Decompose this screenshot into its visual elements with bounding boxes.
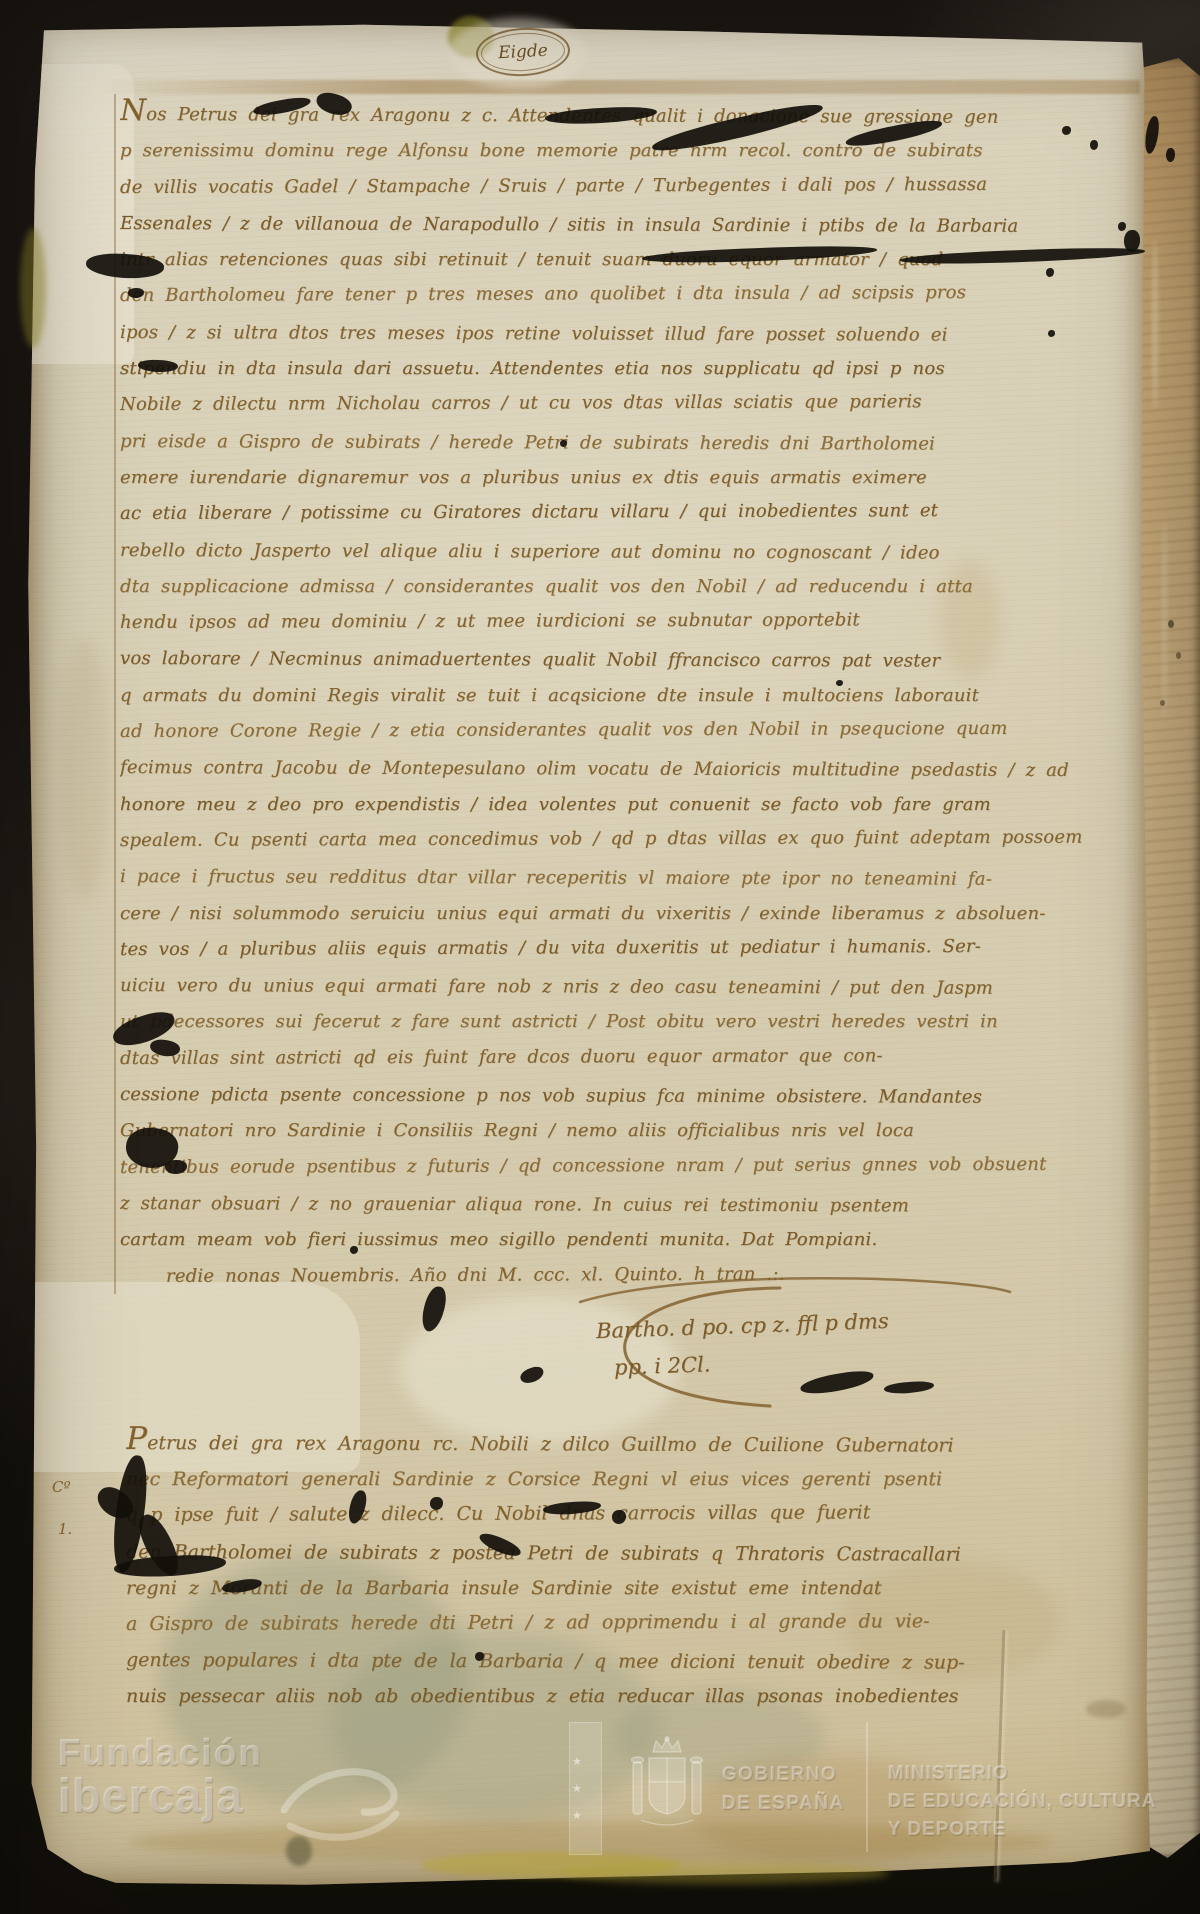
letter-1-text: Nos Petrus dei gra rex Aragonu z c. Atte… — [120, 96, 1138, 1295]
manuscript-line: spealem. Cu psenti carta mea concedimus … — [120, 819, 1138, 859]
manuscript-line: regni z Moranti de la Barbaria insule Sa… — [126, 1570, 1140, 1606]
stain — [1152, 240, 1158, 410]
stain — [1150, 1000, 1156, 1220]
letter-2-text: Petrus dei gra rex Aragonu rc. Nobili z … — [126, 1424, 1140, 1715]
manuscript-line: pri eisde a Gispro de subirats / herede … — [120, 424, 1138, 463]
manuscript-line: cessione pdicta psente concessione p nos… — [120, 1077, 1138, 1116]
manuscript-line: a Gispro de subirats herede dti Petri / … — [126, 1602, 1140, 1642]
manuscript-line: nec Reformatori generali Sardinie z Cors… — [126, 1461, 1140, 1497]
folio-stamp-text: Eigde — [498, 41, 549, 64]
manuscript-line: vos laborare / Necminus animaduertentes … — [120, 641, 1138, 680]
manuscript-line: ipos / z si ultra dtos tres meses ipos r… — [120, 315, 1138, 354]
manuscript-line: hendu ipsos ad meu dominiu / z ut mee iu… — [120, 602, 1138, 642]
manuscript-line: emere iurendarie dignaremur vos a plurib… — [120, 460, 1138, 496]
manuscript-line: Nobile z dilectu nrm Nicholau carros / u… — [120, 384, 1138, 424]
manuscript-line: den Bartholomeu fare tener p tres meses … — [120, 275, 1138, 315]
royal-signature-line-2: pp. i 2Cl. — [614, 1352, 711, 1379]
manuscript-line: ut pdecessores sui fecerut z fare sunt a… — [120, 1004, 1138, 1040]
manuscript-line: dta supplicacione admissa / considerante… — [120, 569, 1138, 605]
manuscript-line: nuis pessecar aliis nob ab obedientibus … — [126, 1678, 1140, 1714]
manuscript-line: cere / nisi solummodo seruiciu unius equ… — [120, 896, 1138, 932]
stain — [1162, 520, 1167, 720]
paraph-flourish — [540, 1274, 1020, 1424]
manuscript-line: Essenales / z de villanoua de Narapodull… — [120, 206, 1138, 245]
manuscript-line: Gubernatori nro Sardinie i Consiliis Reg… — [120, 1113, 1138, 1149]
margin-note-1: Cº — [52, 1478, 71, 1496]
manuscript-line: cartam meam vob fieri iussimus meo sigil… — [120, 1222, 1138, 1258]
fold-crease — [100, 80, 1140, 94]
stain — [20, 228, 46, 348]
manuscript-line: tes vos / a pluribus aliis equis armatis… — [120, 928, 1138, 968]
manuscript-line: z stanar obsuari / z no graueniar aliqua… — [120, 1186, 1138, 1225]
manuscript-line: ac etia liberare / potissime cu Giratore… — [120, 493, 1138, 533]
manuscript-line: Petrus dei gra rex Aragonu rc. Nobili z … — [126, 1424, 1140, 1464]
manuscript-line: gentes populares i dta pte de la Barbari… — [126, 1642, 1140, 1681]
manuscript-line: tenentibus eorude psentibus z futuris / … — [120, 1146, 1138, 1186]
stain — [1176, 652, 1181, 659]
margin-note-2: 1. — [58, 1520, 72, 1538]
photo-background: Eigde Nos Petrus dei gra rex Aragonu z c… — [0, 0, 1200, 1914]
stain — [1168, 620, 1174, 628]
manuscript-line: honore meu z deo pro expendistis / idea … — [120, 787, 1138, 823]
stain — [60, 640, 110, 900]
manuscript-line: p serenissimu dominu rege Alfonsu bone m… — [120, 133, 1138, 169]
manuscript-line: q p ipse fuit / salute z dilecc. Cu Nobi… — [126, 1494, 1140, 1534]
manuscript-line: den Bartholomei de subirats z postea Pet… — [126, 1534, 1140, 1573]
manuscript-line: rebello dicto Jasperto vel alique aliu i… — [120, 533, 1138, 572]
stain — [286, 1836, 312, 1866]
manuscript-line: fecimus contra Jacobu de Montepesulano o… — [120, 750, 1138, 789]
stain — [560, 1862, 890, 1884]
manuscript-line: de villis vocatis Gadel / Stampache / Sr… — [120, 166, 1138, 206]
manuscript-line: uiciu vero du unius equi armati fare nob… — [120, 968, 1138, 1007]
manuscript-line: stipendiu in dta insula dari assuetu. At… — [120, 351, 1138, 387]
manuscript-line: q armats du domini Regis viralit se tuit… — [120, 678, 1138, 714]
manuscript-line: i pace i fructus seu redditus dtar villa… — [120, 859, 1138, 898]
stain — [1160, 700, 1165, 706]
manuscript-line: ad honore Corone Regie / z etia consider… — [120, 710, 1138, 750]
manuscript-line: dtas villas sint astricti qd eis fuint f… — [120, 1037, 1138, 1077]
